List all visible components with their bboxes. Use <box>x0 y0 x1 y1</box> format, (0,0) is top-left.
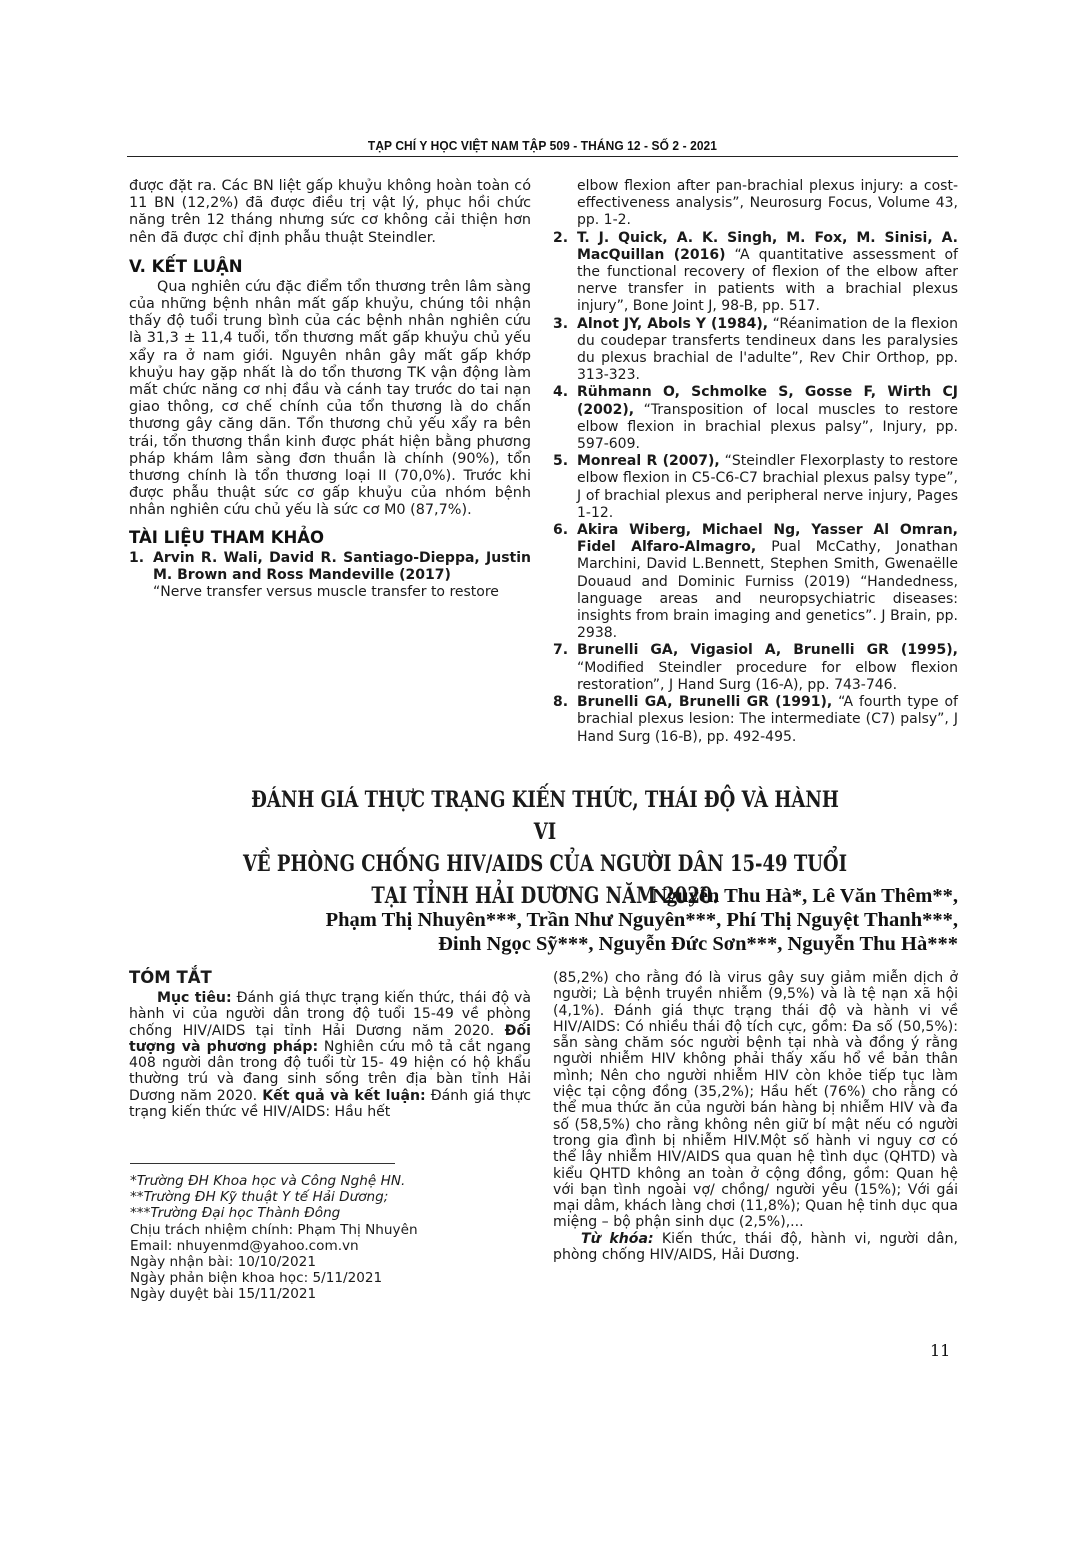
reference-authors: Monreal R (2007), <box>577 453 720 469</box>
contact-email: Email: nhuyenmd@yahoo.com.vn <box>130 1238 530 1254</box>
reference-item-7: 7.Brunelli GA, Vigasiol A, Brunelli GR (… <box>553 642 958 694</box>
reference-authors: Alnot JY, Abols Y (1984), <box>577 316 768 332</box>
page-number: 11 <box>930 1341 950 1360</box>
reference-authors: Brunelli GA, Brunelli GR (1991), <box>577 694 832 710</box>
results-text-continued: (85,2%) cho rằng đó là virus gây suy giả… <box>553 970 958 1231</box>
article-title-line: ĐÁNH GIÁ THỰC TRẠNG KIẾN THỨC, THÁI ĐỘ V… <box>237 784 853 848</box>
running-head: TẠP CHÍ Y HỌC VIỆT NAM TẬP 509 - THÁNG 1… <box>160 138 925 153</box>
abstract-text: Mục tiêu: Đánh giá thực trạng kiến thức,… <box>129 990 531 1120</box>
conclusion-text: Qua nghiên cứu đặc điểm tổn thương trên … <box>129 279 531 520</box>
footnote-rule <box>130 1163 395 1164</box>
reference-number: 6. <box>553 522 568 539</box>
corresponding-author: Chịu trách nhiệm chính: Phạm Thị Nhuyên <box>130 1222 530 1238</box>
reference-authors: Brunelli GA, Vigasiol A, Brunelli GR (19… <box>577 642 958 658</box>
footnotes: *Trường ĐH Khoa học và Công Nghệ HN. **T… <box>130 1173 530 1303</box>
author-line: Phạm Thị Nhuyên***, Trần Như Nguyên***, … <box>200 908 958 932</box>
author-line: Đinh Ngọc Sỹ***, Nguyễn Đức Sơn***, Nguy… <box>200 932 958 956</box>
objective-label: Mục tiêu: <box>157 990 232 1006</box>
author-line: Nguyễn Thu Hà*, Lê Văn Thêm**, <box>200 884 958 908</box>
reference-text: “Modified Steindler procedure for elbow … <box>577 660 958 693</box>
journal-page: TẠP CHÍ Y HỌC VIỆT NAM TẬP 509 - THÁNG 1… <box>0 0 1090 1541</box>
date-approved: Ngày duyệt bài 15/11/2021 <box>130 1286 530 1302</box>
header-rule <box>127 156 958 157</box>
reference-item-8: 8.Brunelli GA, Brunelli GR (1991), “A fo… <box>553 694 958 746</box>
reference-item-1: 1. Arvin R. Wali, David R. Santiago-Diep… <box>129 550 531 602</box>
reference-item-6: 6.Akira Wiberg, Michael Ng, Yasser Al Om… <box>553 522 958 642</box>
reference-number: 3. <box>553 316 568 333</box>
affiliation-2: **Trường ĐH Kỹ thuật Y tế Hải Dương; <box>130 1189 530 1205</box>
reference-item-3: 3.Alnot JY, Abols Y (1984), “Réanimation… <box>553 316 958 385</box>
references-right-column: elbow flexion after pan-brachial plexus … <box>553 178 958 746</box>
references-heading: TÀI LIỆU THAM KHẢO <box>129 528 531 548</box>
prev-article-paragraph: được đặt ra. Các BN liệt gấp khuỷu không… <box>129 178 531 247</box>
reference-number: 1. <box>129 550 144 567</box>
reference-number: 4. <box>553 384 568 401</box>
conclusion-heading: V. KẾT LUẬN <box>129 257 531 277</box>
article-authors: Nguyễn Thu Hà*, Lê Văn Thêm**, Phạm Thị … <box>200 884 958 956</box>
reference-item-4: 4.Rühmann O, Schmolke S, Gosse F, Wirth … <box>553 384 958 453</box>
reference-number: 7. <box>553 642 568 659</box>
date-reviewed: Ngày phản biện khoa học: 5/11/2021 <box>130 1270 530 1286</box>
affiliation-1: *Trường ĐH Khoa học và Công Nghệ HN. <box>130 1173 530 1189</box>
date-received: Ngày nhận bài: 10/10/2021 <box>130 1254 530 1270</box>
keywords: Từ khóa: Kiến thức, thái độ, hành vi, ng… <box>553 1231 958 1264</box>
reference-number: 2. <box>553 230 568 247</box>
results-label: Kết quả và kết luận: <box>262 1088 425 1104</box>
abstract-right-column: (85,2%) cho rằng đó là virus gây suy giả… <box>553 970 958 1263</box>
reference-item-2: 2.T. J. Quick, A. K. Singh, M. Fox, M. S… <box>553 230 958 316</box>
reference-1-continued: elbow flexion after pan-brachial plexus … <box>553 178 958 230</box>
reference-authors: Arvin R. Wali, David R. Santiago-Dieppa,… <box>153 550 531 583</box>
article-title-line: VỀ PHÒNG CHỐNG HIV/AIDS CỦA NGƯỜI DÂN 15… <box>237 848 853 880</box>
reference-text: “Transposition of local muscles to resto… <box>577 402 958 452</box>
keywords-label: Từ khóa: <box>581 1231 654 1247</box>
prev-article-left-column: được đặt ra. Các BN liệt gấp khuỷu không… <box>129 178 531 601</box>
reference-item-5: 5.Monreal R (2007), “Steindler Flexorpla… <box>553 453 958 522</box>
reference-number: 8. <box>553 694 568 711</box>
abstract-left-column: TÓM TẮT Mục tiêu: Đánh giá thực trạng ki… <box>129 968 531 1120</box>
affiliation-3: ***Trường Đại học Thành Đông <box>130 1205 530 1221</box>
abstract-heading: TÓM TẮT <box>129 968 531 988</box>
reference-number: 5. <box>553 453 568 470</box>
reference-text: “Nerve transfer versus muscle transfer t… <box>153 584 531 601</box>
